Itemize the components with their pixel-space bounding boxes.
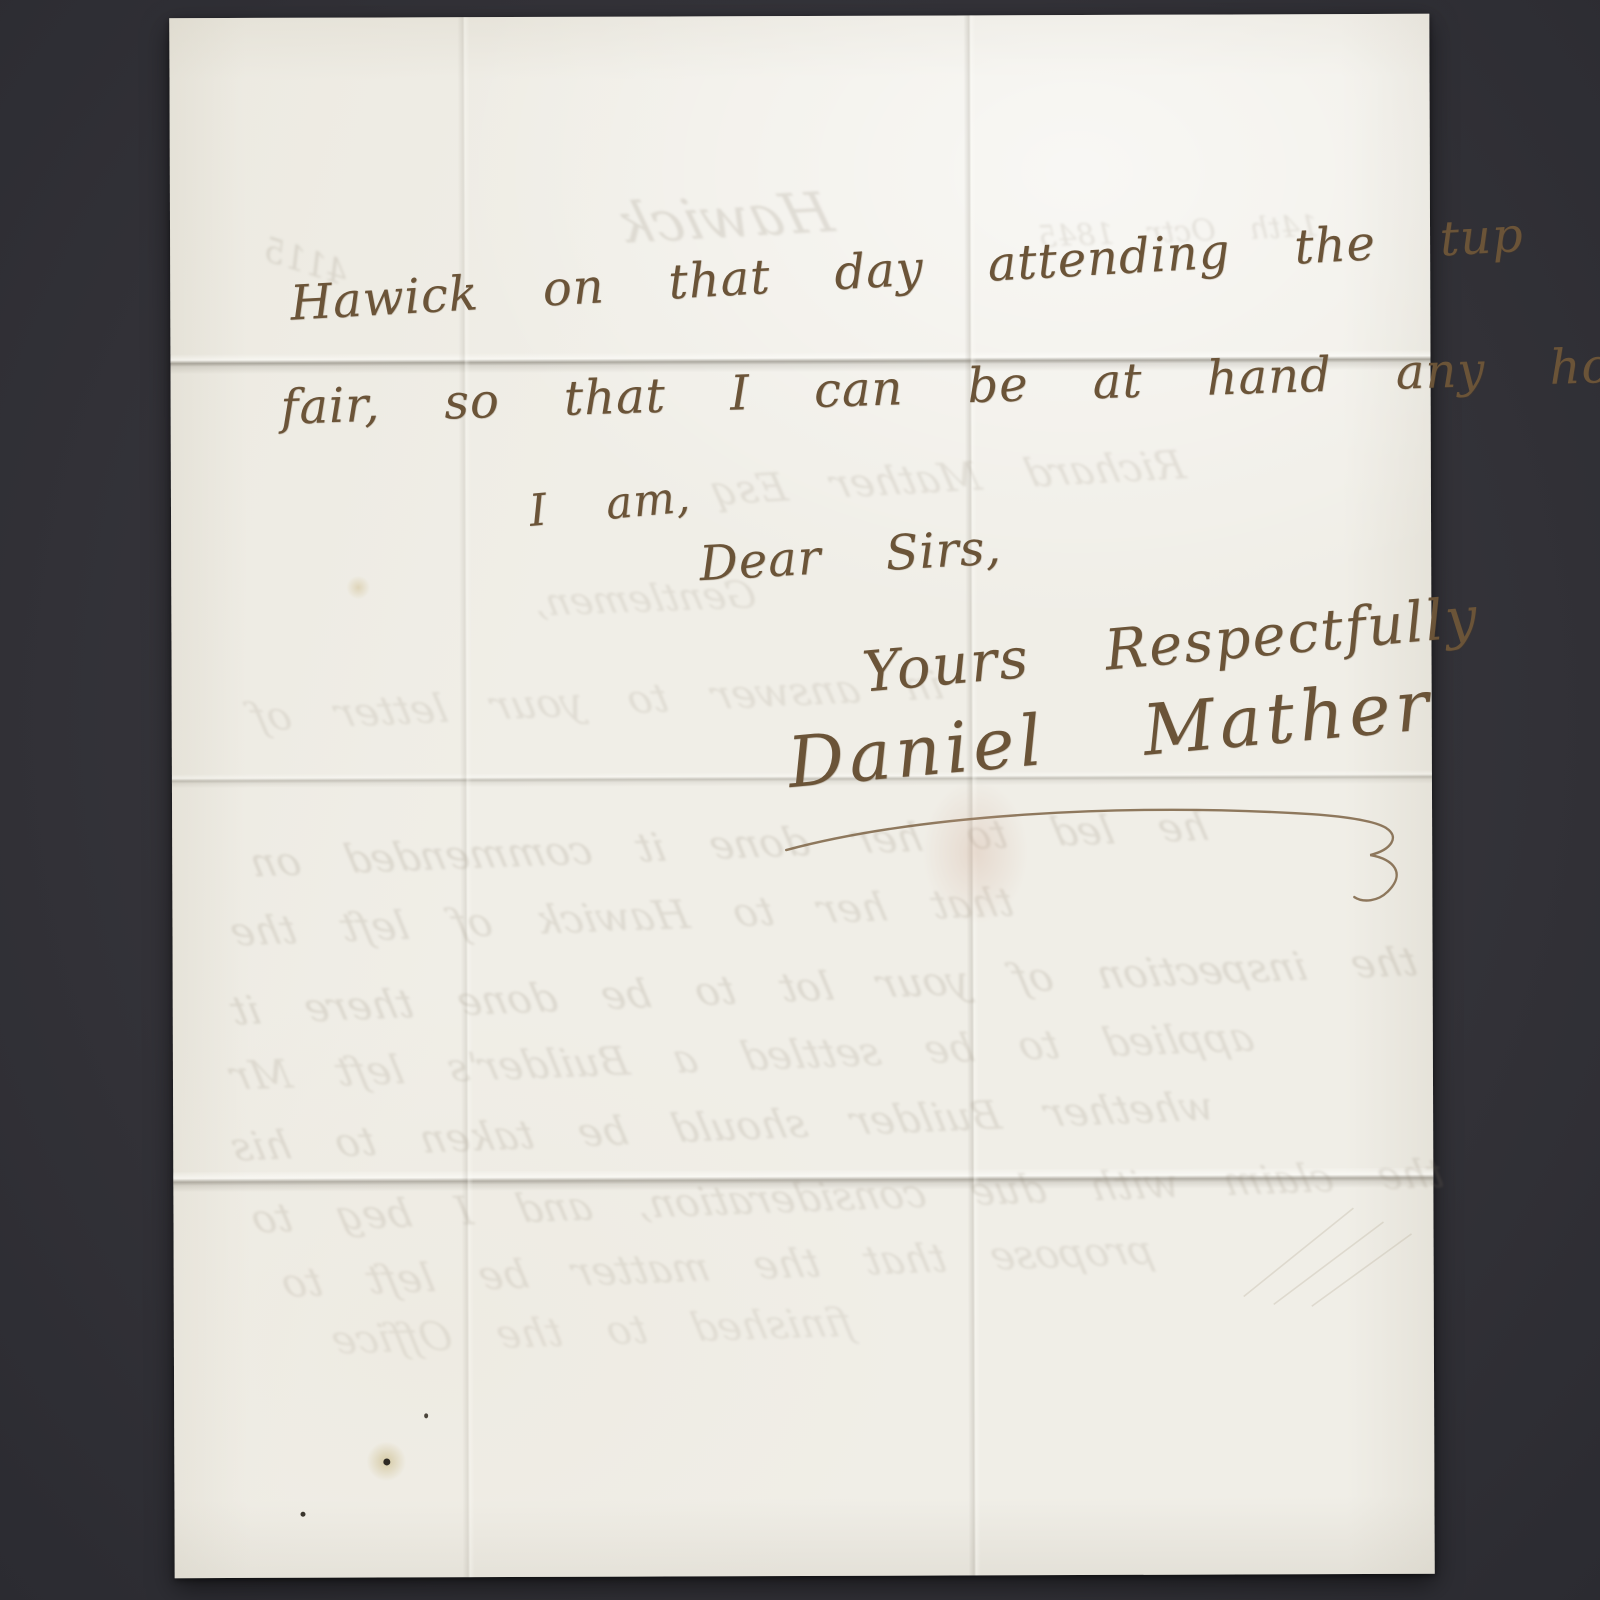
fold-crease-vertical-left xyxy=(457,17,474,1577)
closing-salutation: Dear Sirs, xyxy=(698,519,1003,592)
bleed-through-line: applied to be settled a Builder's left M… xyxy=(226,1015,1258,1100)
ink-speck xyxy=(383,1458,390,1465)
fold-crease-horizontal-bottom xyxy=(173,1168,1433,1192)
letter-body-line-1: Hawick on that day attending the tup xyxy=(289,207,1525,332)
bleed-through-line: finished to the Office xyxy=(327,1300,857,1364)
letter-body-line-2: fair, so that I can be at hand any hour xyxy=(280,336,1600,436)
letter-paper: Hawick 14th Octr 1845 4115 Richard Mathe… xyxy=(169,14,1434,1578)
ink-speck xyxy=(424,1413,428,1418)
bleed-through-line: whether Builder should be taken to his xyxy=(227,1084,1219,1171)
bleed-through-line: propose that the matter be left to xyxy=(277,1228,1158,1307)
paper-stain-yellow xyxy=(346,576,370,600)
scratch-marks xyxy=(1233,1200,1423,1311)
signature-flourish xyxy=(772,782,1412,904)
bleed-through-line: the inspection of your lot to be done th… xyxy=(226,939,1422,1034)
bleed-through-line: Hawick xyxy=(609,181,839,257)
ink-speck xyxy=(300,1512,305,1517)
closing-i-am: I am, xyxy=(527,471,693,536)
bleed-through-line: Richard Mather Esq xyxy=(706,443,1190,515)
photo-background: Hawick 14th Octr 1845 4115 Richard Mathe… xyxy=(0,0,1600,1600)
ink-speck-halo xyxy=(366,1441,406,1481)
